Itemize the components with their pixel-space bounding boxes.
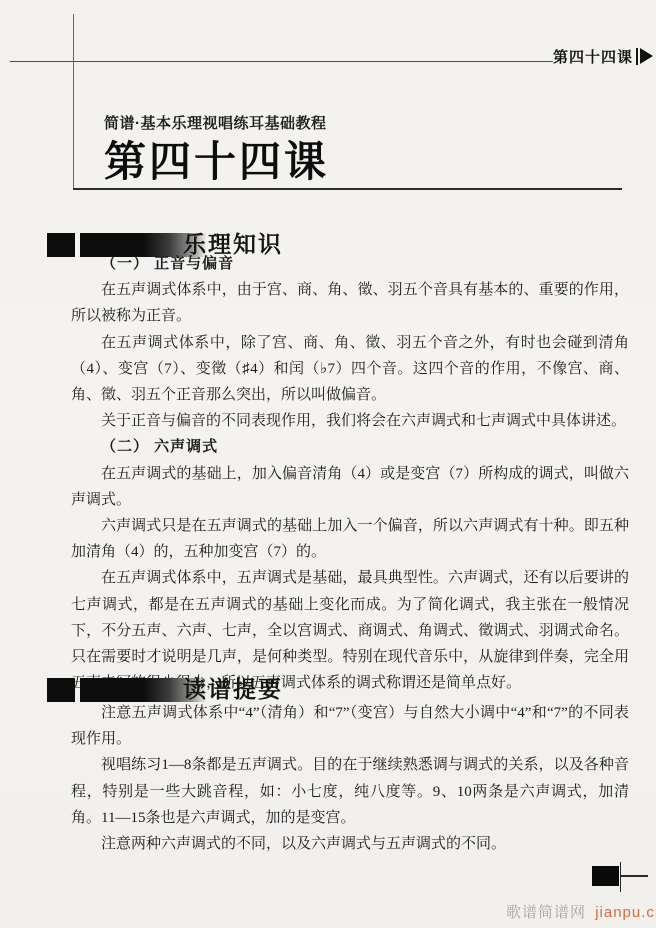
paragraph: 在五声调式体系中，除了宫、商、角、徵、羽五个音之外，有时也会碰到清角（4）、变宫… [71, 330, 629, 409]
watermark-site-name: 歌谱简谱网 [506, 904, 586, 921]
margin-rule [73, 14, 74, 190]
lesson-title: 第四十四课 [104, 139, 329, 185]
header-tick [636, 48, 638, 65]
section-marker-square-icon [47, 678, 75, 702]
paragraph: 在五声调式体系中，五声调式是基础，最具典型性。六声调式，还有以后要讲的七声调式，… [71, 565, 629, 696]
header-rule [10, 61, 553, 62]
paragraph: 注意两种六声调式的不同，以及六声调式与五声调式的不同。 [71, 831, 629, 857]
corner-mark-horizontal-line [621, 875, 648, 877]
paragraph: 在五声调式体系中，由于宫、商、角、徵、羽五个音具有基本的、重要的作用，所以被称为… [71, 277, 629, 329]
subheading-zhengyin-pianyin: （一） 正音与偏音 [71, 251, 629, 277]
corner-printer-mark [592, 866, 619, 886]
series-subtitle: 简谱·基本乐理视唱练耳基础教程 [104, 112, 329, 133]
theory-content: （一） 正音与偏音 在五声调式体系中，由于宫、商、角、徵、羽五个音具有基本的、重… [71, 251, 629, 696]
title-rule [73, 188, 622, 190]
paragraph: 在五声调式的基础上，加入偏音清角（4）或是变宫（7）所构成的调式，叫做六声调式。 [71, 461, 629, 513]
arrow-right-icon [640, 48, 653, 64]
paragraph: 视唱练习1—8条都是五声调式。目的在于继续熟悉调与调式的关系，以及各种音程，特别… [71, 752, 629, 831]
paragraph: 关于正音与偏音的不同表现作用，我们将会在六声调式和七声调式中具体讲述。 [71, 408, 629, 434]
textbook-page: 第四十四课 简谱·基本乐理视唱练耳基础教程 第四十四课 乐理知识 （一） 正音与… [0, 0, 656, 928]
running-header-label: 第四十四课 [553, 46, 633, 67]
masthead: 简谱·基本乐理视唱练耳基础教程 第四十四课 [104, 112, 329, 185]
reading-content: 注意五声调式体系中“4”（清角）和“7”（变宫）与自然大小调中“4”和“7”的不… [71, 700, 629, 857]
corner-mark-vertical-line [620, 862, 621, 892]
running-header: 第四十四课 [553, 46, 653, 66]
subheading-liusheng-diaoshi: （二） 六声调式 [71, 434, 629, 460]
watermark: 歌谱简谱网 jianpu.cn [506, 901, 656, 922]
paragraph: 注意五声调式体系中“4”（清角）和“7”（变宫）与自然大小调中“4”和“7”的不… [71, 700, 629, 752]
watermark-site-url: jianpu.cn [595, 904, 656, 921]
paragraph: 六声调式只是在五声调式的基础上加入一个偏音，所以六声调式有十种。即五种加清角（4… [71, 513, 629, 565]
